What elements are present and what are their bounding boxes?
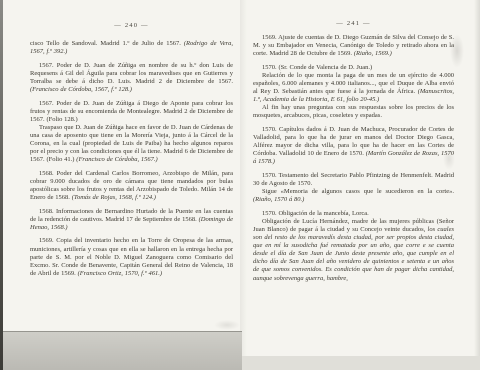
catalog-entry-paragraph: 1570. Testamento del Secretario Pablo Pf…: [253, 172, 454, 188]
citation-text: (Francisco de Córdoba, 1567.): [76, 156, 157, 163]
catalog-entry-paragraph: 1569. Copia del inventario hecho en la T…: [30, 237, 233, 277]
entry-text: 1570. Obligación de la mancebía, Lorca.: [262, 210, 369, 217]
entry-text: 1570. Testamento del Secretario Pablo Pf…: [253, 172, 454, 187]
page-bottom-edge-shadow: [3, 331, 242, 370]
catalog-entry-paragraph: 1568. Poder del Cardenal Carlos Borromeo…: [30, 170, 233, 202]
citation-text: (Riaño, 1570 á 80.): [253, 196, 304, 203]
catalog-entry-paragraph: Sigue «Memoria de algunos casos que le s…: [253, 188, 454, 204]
catalog-entry-paragraph: cisco Tello de Sandoval. Madrid 1.º de J…: [30, 40, 233, 56]
citation-text: (Tomás de Rojas, 1568, f.º 124.): [72, 194, 156, 201]
catalog-entry-paragraph: 1569. Ajuste de cuentas de D. Diego Guzm…: [253, 34, 454, 58]
entry-text: Sigue «Memoria de algunos casos que le s…: [262, 188, 454, 195]
page-gutter-shadow: [240, 0, 249, 370]
page-number-header: — 241 —: [253, 20, 454, 28]
catalog-entry-paragraph: 1568. Informaciones de Bernardino Hurtad…: [30, 208, 233, 232]
catalog-entry-paragraph: 1567. Poder de D. Juan de Zúñiga en nomb…: [30, 62, 233, 94]
catalog-entry-paragraph: Al fin hay unas preguntas con sus respue…: [253, 104, 454, 120]
catalog-entry-paragraph: 1570. Obligación de la mancebía, Lorca.: [253, 210, 454, 218]
page-number-header: — 240 —: [30, 22, 233, 30]
citation-text: (Francisco Ortiz, 1570, f.º 461.): [78, 270, 162, 277]
entry-text: 1567. Poder de D. Juan de Zúñiga en nomb…: [30, 62, 233, 85]
entry-text: Obligación de Lucía Hernández, madre de …: [253, 218, 454, 233]
right-page-text: 1569. Ajuste de cuentas de D. Diego Guzm…: [253, 34, 454, 283]
entry-text: 1567. Poder de D. Juan de Zúñiga á Diego…: [30, 100, 233, 123]
citation-text: los cuales son del resto de los maravedí…: [253, 226, 454, 282]
catalog-entry-paragraph: 1570. Capítulos dados á D. Juan de Machu…: [253, 126, 454, 166]
scan-artifact: [214, 320, 240, 330]
catalog-entry-paragraph: Obligación de Lucía Hernández, madre de …: [253, 218, 454, 283]
book-scan: — 240 — cisco Tello de Sandoval. Madrid …: [0, 0, 480, 370]
right-page: — 241 — 1569. Ajuste de cuentas de D. Di…: [253, 20, 454, 283]
catalog-entry-paragraph: 1570. (Sr. Conde de Valencia de D. Juan.…: [253, 64, 454, 72]
scan-bottom-strip: [242, 356, 480, 370]
entry-text: cisco Tello de Sandoval. Madrid 1.º de J…: [30, 40, 184, 47]
catalog-entry-paragraph: 1567. Poder de D. Juan de Zúñiga á Diego…: [30, 100, 233, 124]
left-page-text: cisco Tello de Sandoval. Madrid 1.º de J…: [30, 40, 233, 278]
scan-right-edge: [474, 0, 480, 370]
left-page: — 240 — cisco Tello de Sandoval. Madrid …: [30, 22, 233, 278]
citation-text: (Francisco de Córdoba, 1567, f.º 128.): [30, 86, 132, 93]
catalog-entry-paragraph: Traspaso que D. Juan de Zúñiga hace en f…: [30, 124, 233, 164]
scan-left-edge: [0, 0, 3, 370]
citation-text: (Riaño, 1569.): [354, 50, 392, 57]
entry-text: Al fin hay unas preguntas con sus respue…: [253, 104, 454, 119]
entry-text: 1570. (Sr. Conde de Valencia de D. Juan.…: [262, 64, 372, 71]
catalog-entry-paragraph: Relación de lo que monta la paga de un m…: [253, 72, 454, 104]
